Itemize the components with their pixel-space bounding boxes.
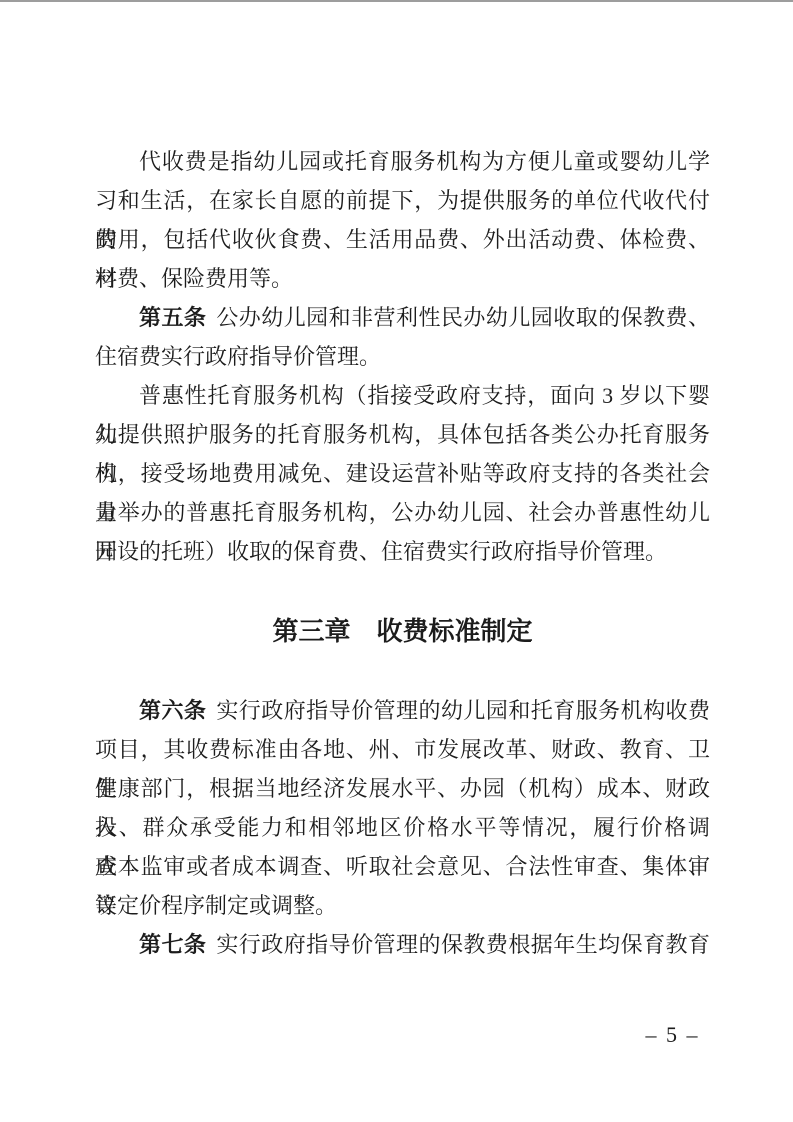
line-text: 实行政府指导价管理的保教费根据年生均保育教育	[210, 932, 710, 957]
text-line: 第五条 公办幼儿园和非营利性民办幼儿园收取的保教费、	[95, 298, 710, 337]
text-line: 健康部门，根据当地经济发展水平、办园（机构）成本、财政投	[95, 769, 710, 808]
article-number-6: 第六条	[139, 698, 206, 723]
text-line: 住宿费实行政府指导价管理。	[95, 337, 710, 376]
line-text: 实行政府指导价管理的幼儿园和托育服务机构收费	[210, 698, 710, 723]
text-line: 代收费是指幼儿园或托育服务机构为方便儿童或婴幼儿学	[95, 142, 710, 181]
text-line: 第七条 实行政府指导价管理的保教费根据年生均保育教育	[95, 925, 710, 964]
text-line: 项目，其收费标准由各地、州、市发展改革、财政、教育、卫生	[95, 730, 710, 769]
text-line: 构，接受场地费用减免、建设运营补贴等政府支持的各类社会力	[95, 454, 710, 493]
text-line: 等定价程序制定或调整。	[95, 886, 710, 925]
text-line: 开设的托班）收取的保育费、住宿费实行政府指导价管理。	[95, 532, 710, 571]
text-line: 费用，包括代收伙食费、生活用品费、外出活动费、体检费、材	[95, 220, 710, 259]
text-line: 普惠性托育服务机构（指接受政府支持，面向 3 岁以下婴幼	[95, 376, 710, 415]
text-line: 入、群众承受能力和相邻地区价格水平等情况，履行价格调查、	[95, 808, 710, 847]
text-line: 第六条 实行政府指导价管理的幼儿园和托育服务机构收费	[95, 691, 710, 730]
page-number: – 5 –	[600, 1022, 745, 1048]
text-line: 儿提供照护服务的托育服务机构，具体包括各类公办托育服务机	[95, 415, 710, 454]
text-line: 料费、保险费用等。	[95, 259, 710, 298]
chapter-heading: 第三章 收费标准制定	[95, 612, 710, 651]
document-page: 代收费是指幼儿园或托育服务机构为方便儿童或婴幼儿学 习和生活，在家长自愿的前提下…	[0, 0, 793, 1122]
text-line: 习和生活，在家长自愿的前提下，为提供服务的单位代收代付的	[95, 181, 710, 220]
scan-edge-artifact	[0, 0, 793, 2]
article-number-5: 第五条	[139, 305, 206, 330]
document-body: 代收费是指幼儿园或托育服务机构为方便儿童或婴幼儿学 习和生活，在家长自愿的前提下…	[95, 142, 710, 964]
line-text: 公办幼儿园和非营利性民办幼儿园收取的保教费、	[210, 305, 710, 330]
text-line: 成本监审或者成本调查、听取社会意见、合法性审查、集体审议	[95, 847, 710, 886]
article-number-7: 第七条	[139, 932, 206, 957]
text-line: 量举办的普惠托育服务机构，公办幼儿园、社会办普惠性幼儿园	[95, 493, 710, 532]
